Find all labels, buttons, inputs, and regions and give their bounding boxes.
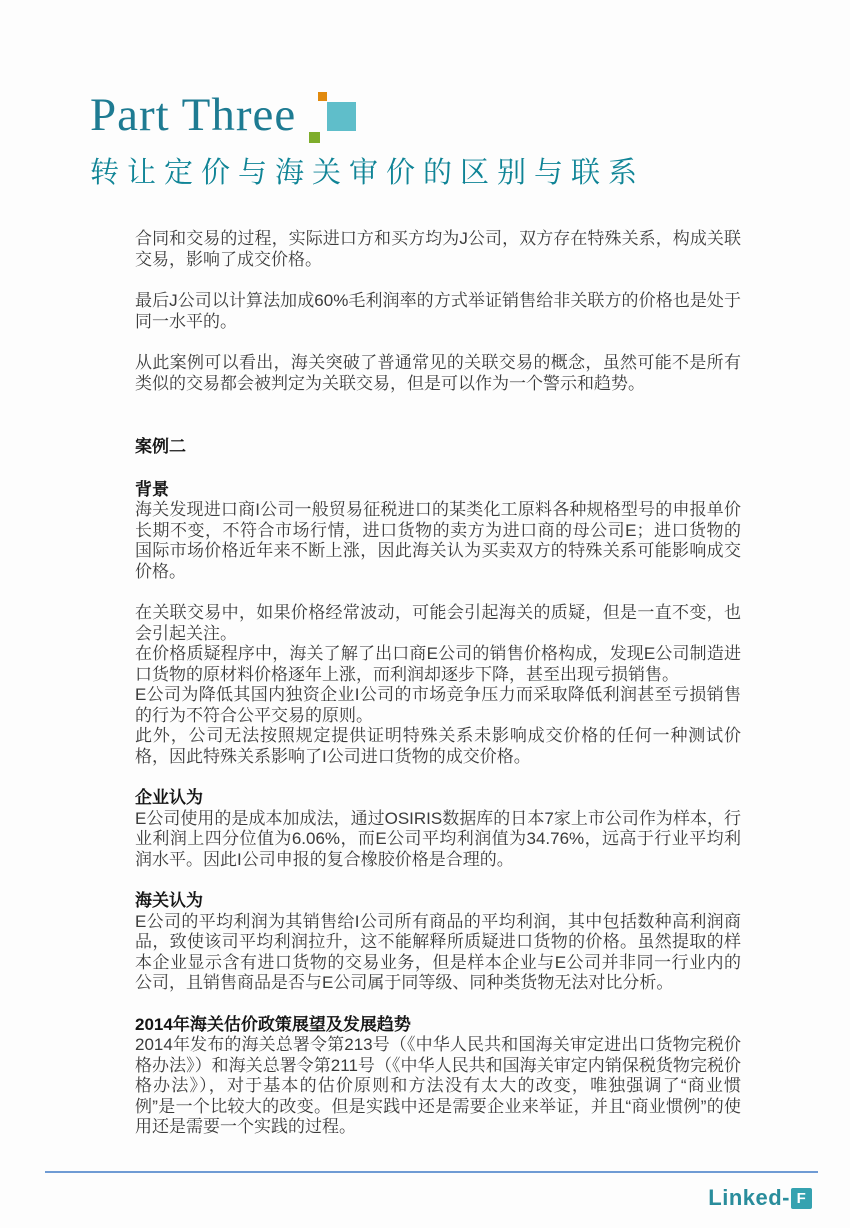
section-header: Part Three 转让定价与海关审价的区别与联系 <box>90 86 645 190</box>
linked-f-logo: Linked- F <box>708 1185 812 1211</box>
background-paragraph: 海关发现进口商I公司一般贸易征税进口的某类化工原料各种规格型号的申报单价长期不变… <box>135 500 741 582</box>
background-heading: 背景 <box>135 480 741 501</box>
decorative-squares-icon <box>309 90 361 144</box>
intro-paragraph-3: 从此案例可以看出，海关突破了普通常见的关联交易的概念，虽然可能不是所有类似的交易… <box>135 353 741 394</box>
orange-square-icon <box>318 92 327 101</box>
customs-view-paragraph: E公司的平均利润为其销售给I公司所有商品的平均利润，其中包括数种高利润商品，致使… <box>135 912 741 994</box>
analysis-line-3: E公司为降低其国内独资企业I公司的市场竞争压力而采取降低利润甚至亏损销售的行为不… <box>135 685 741 726</box>
green-square-icon <box>309 132 320 143</box>
outlook-heading: 2014年海关估价政策展望及发展趋势 <box>135 1015 741 1036</box>
intro-paragraph-2: 最后J公司以计算法加成60%毛利润率的方式举证销售给非关联方的价格也是处于同一水… <box>135 291 741 332</box>
teal-square-icon <box>327 102 356 131</box>
logo-f-badge: F <box>791 1188 812 1209</box>
intro-paragraph-1: 合同和交易的过程，实际进口方和买方均为J公司，双方存在特殊关系，构成关联交易，影… <box>135 229 741 270</box>
part-label: Part Three <box>90 86 296 144</box>
document-body: 合同和交易的过程，实际进口方和买方均为J公司，双方存在特殊关系，构成关联交易，影… <box>135 229 741 1159</box>
logo-text: Linked- <box>708 1185 790 1211</box>
analysis-line-2: 在价格质疑程序中，海关了解了出口商E公司的销售价格构成，发现E公司制造进口货物的… <box>135 644 741 685</box>
page-title: 转让定价与海关审价的区别与联系 <box>90 156 645 190</box>
part-header-row: Part Three <box>90 86 645 144</box>
customs-view-heading: 海关认为 <box>135 891 741 912</box>
document-page: Part Three 转让定价与海关审价的区别与联系 合同和交易的过程，实际进口… <box>0 0 850 1228</box>
analysis-line-1: 在关联交易中，如果价格经常波动，可能会引起海关的质疑，但是一直不变，也会引起关注… <box>135 603 741 644</box>
company-view-heading: 企业认为 <box>135 788 741 809</box>
company-view-paragraph: E公司使用的是成本加成法，通过OSIRIS数据库的日本7家上市公司作为样本，行业… <box>135 809 741 871</box>
analysis-block: 在关联交易中，如果价格经常波动，可能会引起海关的质疑，但是一直不变，也会引起关注… <box>135 603 741 767</box>
analysis-line-4: 此外，公司无法按照规定提供证明特殊关系未影响成交价格的任何一种测试价格，因此特殊… <box>135 726 741 767</box>
outlook-paragraph: 2014年发布的海关总署令第213号（《中华人民共和国海关审定进出口货物完税价格… <box>135 1035 741 1138</box>
case-two-heading: 案例二 <box>135 437 741 458</box>
footer-divider <box>45 1171 818 1173</box>
